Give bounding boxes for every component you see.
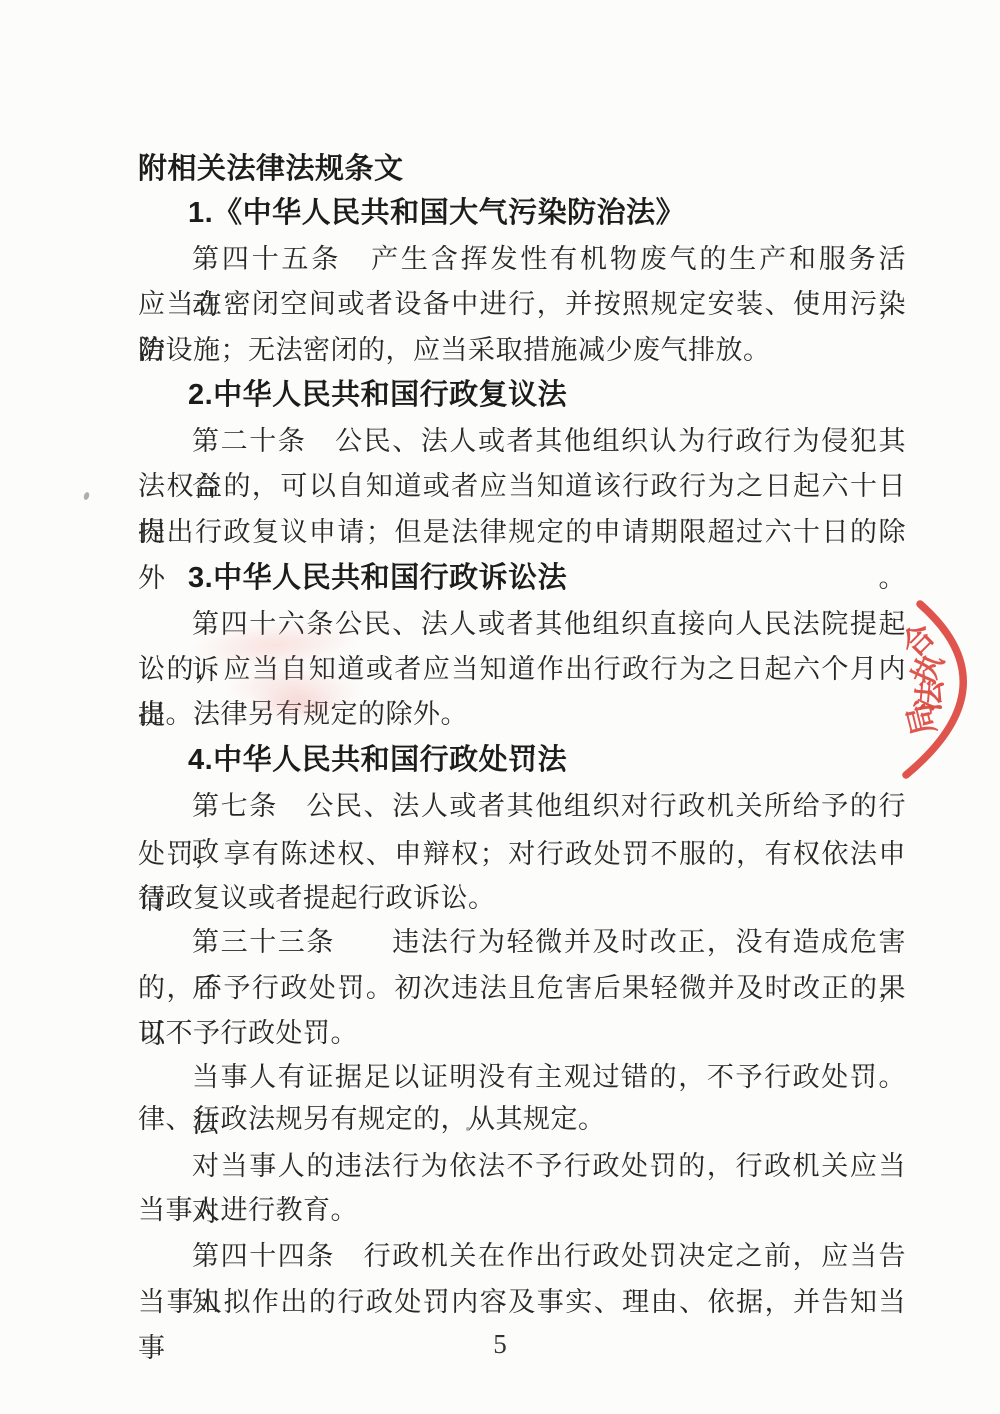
law-title-2: 2.中华人民共和国行政复议法 bbox=[188, 372, 906, 418]
doc-line: 当事人进行教育。 bbox=[138, 1187, 906, 1233]
doc-line: 出。法律另有规定的除外。 bbox=[138, 691, 906, 737]
doc-line: 以不予行政处罚。 bbox=[138, 1010, 906, 1056]
doc-line: 行政复议或者提起行政诉讼。 bbox=[138, 875, 906, 921]
doc-heading: 附相关法律法规条文 bbox=[138, 146, 906, 192]
scan-speck bbox=[83, 491, 90, 500]
page-number: 5 bbox=[0, 1329, 1000, 1360]
seal-char: 法 bbox=[911, 678, 949, 713]
law-title-1: 1.《中华人民共和国大气污染防治法》 bbox=[188, 190, 906, 236]
law-title-4: 4.中华人民共和国行政处罚法 bbox=[188, 737, 906, 783]
doc-line: 治设施；无法密闭的，应当采取措施减少废气排放。 bbox=[138, 327, 906, 373]
seal-char: 执 bbox=[906, 648, 951, 691]
law-title-3: 3.中华人民共和国行政诉讼法 bbox=[188, 555, 906, 601]
document-page: 附相关法律法规条文 1.《中华人民共和国大气污染防治法》 第四十五条 产生含挥发… bbox=[0, 0, 1000, 1414]
seal-char: 局 bbox=[901, 700, 942, 739]
seal-arc bbox=[906, 604, 963, 775]
doc-line: 律、行政法规另有规定的，从其规定。 bbox=[138, 1096, 906, 1142]
